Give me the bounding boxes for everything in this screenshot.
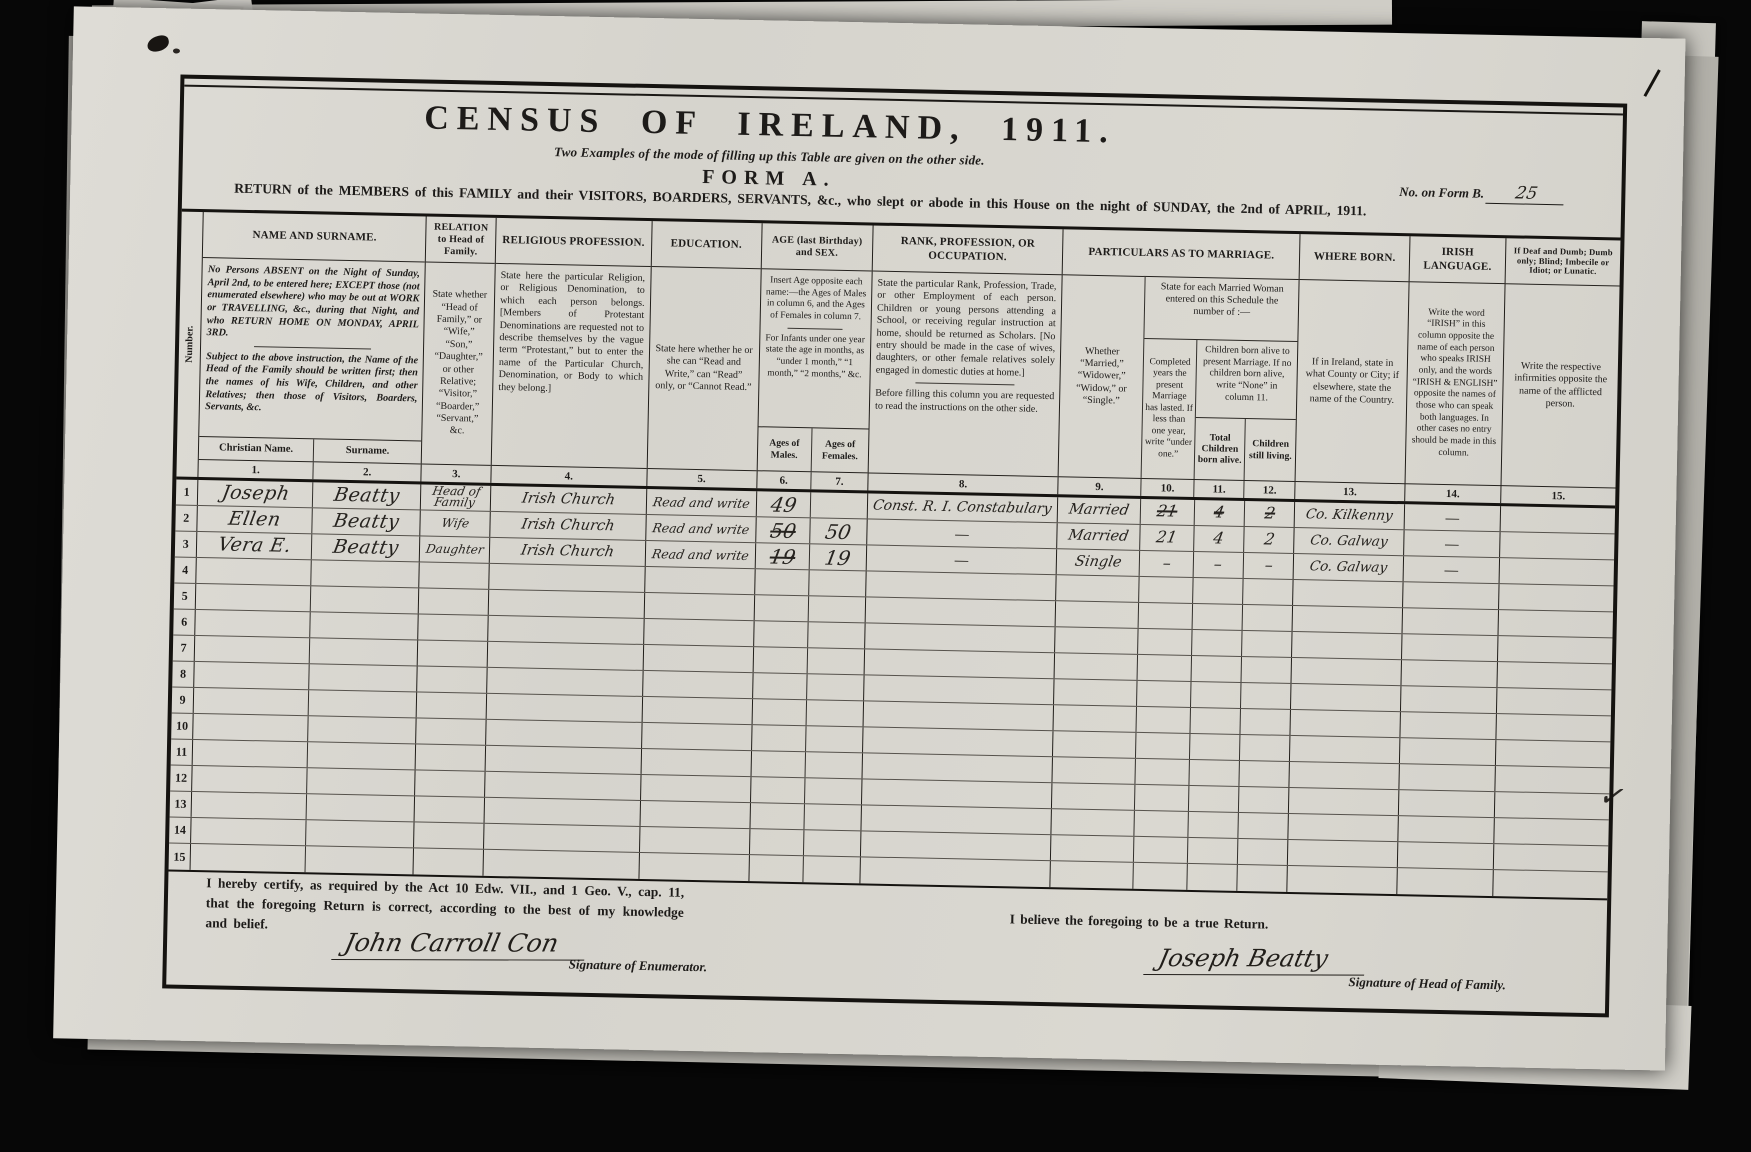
column-number: 15. [1501, 486, 1615, 505]
divider [788, 327, 843, 329]
cell-christian-name [192, 792, 308, 819]
cell-education [644, 593, 755, 620]
cell-christian-name [191, 818, 307, 845]
cell-years-married: 21 [1141, 525, 1195, 551]
cell-irish-language [1403, 582, 1500, 609]
cell-education [643, 645, 754, 672]
cell-christian-name: Ellen [198, 506, 314, 533]
cell-surname: Beatty [312, 534, 420, 561]
cell-marriage-status [1051, 809, 1135, 836]
column-title: RELIGIOUS PROFESSION. [496, 218, 651, 267]
scanned-census-page: { "document": { "title": "CENSUS OF IREL… [0, 0, 1751, 1152]
cell-education [643, 671, 754, 698]
cell-religion [487, 668, 643, 696]
cell-christian-name [196, 584, 312, 611]
column-instructions: State the particular Rank, Profession, T… [869, 271, 1062, 476]
column-irish-language: IRISH LANGUAGE. Write the word “IRISH” i… [1405, 236, 1507, 503]
cell-age-female [805, 778, 862, 804]
cell-relation [419, 614, 489, 640]
cell-where-born [1290, 736, 1400, 763]
instruction-text: State the particular Rank, Profession, T… [876, 278, 1057, 379]
cell-age-male [752, 725, 807, 751]
cell-children-born [1192, 604, 1243, 630]
instruction-text: State for each Married Woman entered on … [1145, 277, 1300, 342]
row-number: 3 [175, 532, 198, 557]
census-table: Number. NAME AND SURNAME. No Persons ABS… [168, 209, 1620, 901]
cell-rank [865, 623, 1055, 652]
cell-children-living [1241, 709, 1292, 735]
enumerator-signature-label: Signature of Enumerator. [569, 957, 708, 976]
cell-children-living [1238, 839, 1289, 865]
column-number: 7. [811, 472, 868, 490]
column-instructions: If in Ireland, state in what County or C… [1296, 280, 1408, 483]
ink-blot [146, 34, 171, 54]
cell-rank [866, 571, 1056, 600]
column-number: 6. [757, 471, 812, 489]
form-b-label: No. on Form B. [1399, 184, 1484, 201]
column-religion: RELIGIOUS PROFESSION. State here the par… [491, 218, 652, 486]
cell-christian-name: Vera E. [197, 532, 313, 559]
cell-years-married [1136, 759, 1190, 785]
sub-column-whether-married: Whether “Married,” “Widower,” “Widow,” o… [1059, 275, 1146, 478]
cell-years-married [1134, 837, 1188, 863]
column-name-surname: NAME AND SURNAME. No Persons ABSENT on t… [199, 212, 427, 481]
cell-religion [488, 642, 644, 670]
cell-children-born [1193, 578, 1244, 604]
cell-years-married [1137, 707, 1191, 733]
cell-education [644, 619, 755, 646]
column-instructions: Write the respective infirmities opposit… [1502, 284, 1620, 487]
row-number: 11 [171, 740, 194, 765]
cell-age-male: 19 [755, 543, 810, 569]
cell-age-female [807, 674, 864, 700]
cell-surname: Beatty [313, 482, 421, 509]
cell-infirmity [1498, 636, 1612, 663]
column-instructions: State whether “Head of Family,” or “Wife… [422, 263, 495, 465]
instruction-text: Before filling this column you are reque… [875, 388, 1054, 415]
cell-irish-language [1399, 790, 1496, 817]
sub-column-married-woman: State for each Married Woman entered on … [1142, 277, 1299, 481]
cell-religion [486, 720, 642, 748]
cell-where-born [1291, 684, 1401, 711]
sub-header-children-living: Children still living. [1245, 419, 1296, 481]
cell-age-female [804, 830, 861, 856]
cell-surname [307, 794, 415, 821]
cell-where-born [1291, 710, 1401, 737]
cell-marriage-status [1051, 835, 1135, 862]
cell-relation [418, 640, 488, 666]
column-instructions: State here whether he or she can “Read a… [647, 267, 760, 470]
cell-irish-language [1398, 816, 1495, 843]
sub-header-surname: Surname. [314, 439, 422, 463]
instruction-text: Write the respective infirmities opposit… [1508, 360, 1613, 412]
cell-years-married [1136, 733, 1190, 759]
row-number: 4 [174, 558, 197, 583]
cell-surname [311, 612, 419, 639]
cell-age-male [754, 621, 809, 647]
cell-age-female [808, 622, 865, 648]
column-number: 9. [1058, 477, 1141, 496]
column-number: 14. [1405, 484, 1501, 503]
cell-marriage-status [1055, 627, 1139, 654]
cell-age-male [750, 829, 805, 855]
instruction-text: For Infants under one year state the age… [765, 333, 865, 380]
sub-header-christian-name: Christian Name. [199, 437, 314, 461]
cell-infirmity [1495, 818, 1609, 845]
cell-religion: Irish Church [490, 512, 646, 540]
cell-surname: Beatty [313, 508, 421, 535]
cell-years-married [1135, 785, 1189, 811]
cell-years-married [1139, 629, 1193, 655]
column-where-born: WHERE BORN. If in Ireland, state in what… [1296, 234, 1411, 501]
cell-education: Read and write [646, 489, 757, 516]
column-title: IRISH LANGUAGE. [1409, 236, 1505, 284]
instruction-text: No Persons ABSENT on the Night of Sunday… [207, 264, 420, 339]
cell-christian-name [193, 740, 309, 767]
cell-surname [309, 716, 417, 743]
cell-children-living: – [1244, 553, 1295, 579]
divider [916, 383, 1014, 386]
cell-rank [863, 753, 1053, 782]
cell-years-married [1138, 681, 1192, 707]
cell-infirmity [1496, 766, 1610, 793]
cell-where-born [1294, 580, 1404, 607]
cell-rank: — [867, 545, 1057, 574]
cell-marriage-status [1053, 731, 1137, 758]
row-number: 5 [174, 584, 197, 609]
column-rank: RANK, PROFESSION, OR OCCUPATION. State t… [868, 226, 1063, 495]
cell-infirmity [1499, 610, 1613, 637]
cell-children-born [1188, 838, 1239, 864]
cell-relation [415, 796, 485, 822]
cell-irish-language [1401, 686, 1498, 713]
cell-infirmity [1496, 740, 1610, 767]
cell-infirmity [1500, 532, 1614, 559]
form-b-value-handwritten: 25 [1485, 183, 1567, 205]
cell-age-female [809, 596, 866, 622]
cell-children-living [1239, 787, 1290, 813]
sub-header-ages-males: Ages of Males. [757, 427, 812, 471]
cell-where-born [1292, 658, 1402, 685]
column-instructions: Insert Age opposite each name:—the Ages … [758, 269, 872, 428]
sub-header-total-children: Total Children born alive. [1195, 418, 1246, 480]
cell-irish-language: — [1404, 504, 1501, 531]
cell-relation [415, 770, 485, 796]
row-number: 2 [175, 506, 198, 531]
column-education: EDUCATION. State here whether he or she … [647, 221, 762, 488]
cell-relation: Wife [421, 510, 491, 536]
instruction-text: Completed years the present Marriage has… [1142, 355, 1196, 463]
cell-rank [862, 779, 1052, 808]
head-of-family-signature: Joseph Beatty [1143, 944, 1371, 975]
cell-children-born [1192, 630, 1243, 656]
column-title: RANK, PROFESSION, OR OCCUPATION. [873, 226, 1063, 276]
cell-education [641, 749, 752, 776]
cell-children-living: 2 [1244, 527, 1295, 553]
cell-where-born [1289, 814, 1399, 841]
cell-surname [308, 768, 416, 795]
table-body: 1 Joseph Beatty Head of Family Irish Chu… [168, 480, 1615, 901]
column-number: 4. [491, 466, 646, 486]
census-form-paper: ✓ CENSUS OF IRELAND, 1911. Two Examples … [53, 6, 1685, 1070]
cell-children-living [1243, 579, 1294, 605]
cell-surname [312, 560, 420, 587]
cell-where-born [1288, 840, 1398, 867]
cell-age-male [755, 569, 810, 595]
cell-surname [311, 586, 419, 613]
cell-education: Read and write [646, 515, 757, 542]
cell-christian-name [195, 662, 311, 689]
cell-surname [309, 690, 417, 717]
cell-rank [865, 649, 1055, 678]
column-number: 2. [313, 462, 421, 481]
row-number: 9 [172, 688, 195, 713]
cell-age-female [809, 570, 866, 596]
column-infirmity: If Deaf and Dumb; Dumb only; Blind; Imbe… [1501, 238, 1620, 505]
cell-marriage-status [1053, 757, 1137, 784]
row-number: 12 [170, 766, 193, 791]
column-title: EDUCATION. [651, 221, 761, 269]
cell-irish-language: — [1403, 556, 1500, 583]
cell-rank: — [867, 519, 1057, 548]
row-number: 7 [173, 636, 196, 661]
cell-infirmity [1498, 662, 1612, 689]
cell-age-female [806, 752, 863, 778]
cell-religion [484, 824, 640, 852]
cell-years-married: – [1140, 551, 1194, 577]
cell-surname [310, 638, 418, 665]
cell-irish-language [1402, 634, 1499, 661]
column-number: 5. [647, 469, 756, 488]
cell-christian-name [193, 714, 309, 741]
cell-religion [488, 616, 644, 644]
cell-rank [866, 597, 1056, 626]
pen-stroke [1644, 69, 1661, 97]
instruction-text: Children born alive to present Marriage.… [1196, 340, 1298, 420]
cell-irish-language [1400, 712, 1497, 739]
cell-surname [308, 742, 416, 769]
column-title: NAME AND SURNAME. [203, 212, 426, 262]
cell-surname [310, 664, 418, 691]
cell-children-born [1189, 760, 1240, 786]
cell-where-born: Co. Galway [1295, 528, 1405, 555]
cell-age-female: 19 [810, 544, 867, 570]
cell-relation: Daughter [420, 536, 490, 562]
sub-header-ages-females: Ages of Females. [811, 428, 868, 472]
cell-where-born: Co. Kilkenny [1295, 502, 1405, 529]
cell-relation: Head of Family [421, 484, 491, 510]
cell-children-living [1242, 657, 1293, 683]
cell-age-male [754, 595, 809, 621]
column-relation: RELATION to Head of Family. State whethe… [422, 217, 497, 483]
column-number: 12. [1244, 481, 1294, 499]
cell-religion [486, 746, 642, 774]
cell-education [640, 827, 751, 854]
cell-marriage-status [1056, 601, 1140, 628]
cell-marriage-status [1055, 653, 1139, 680]
cell-marriage-status [1056, 575, 1140, 602]
cell-rank [862, 805, 1052, 834]
cell-children-born [1191, 656, 1242, 682]
cell-relation [417, 666, 487, 692]
ink-speck [173, 48, 180, 53]
column-instructions: No Persons ABSENT on the Night of Sunday… [200, 258, 426, 441]
column-number: 8. [868, 473, 1057, 494]
row-number: 1 [176, 480, 199, 505]
column-title: PARTICULARS AS TO MARRIAGE. [1063, 229, 1300, 280]
cell-children-living [1242, 631, 1293, 657]
cell-relation [419, 588, 489, 614]
cell-education [642, 723, 753, 750]
row-number: 14 [169, 817, 192, 842]
cell-children-living [1241, 683, 1292, 709]
cell-marriage-status: Married [1057, 523, 1141, 550]
cell-rank [863, 727, 1053, 756]
cell-children-born: 4 [1194, 526, 1245, 552]
cell-religion [487, 694, 643, 722]
column-title: If Deaf and Dumb; Dumb only; Blind; Imbe… [1506, 238, 1621, 286]
row-number: 13 [170, 791, 193, 816]
cell-age-male [752, 699, 807, 725]
instruction-text: Whether “Married,” “Widower,” “Widow,” o… [1060, 341, 1143, 412]
cell-children-born [1191, 682, 1242, 708]
column-number: 11. [1194, 480, 1244, 498]
cell-marriage-status: Single [1057, 549, 1141, 576]
instruction-text: State here the particular Religion, or R… [498, 270, 645, 394]
cell-marriage-status [1052, 783, 1136, 810]
cell-children-born [1188, 812, 1239, 838]
cell-infirmity [1494, 844, 1608, 871]
instruction-text: If in Ireland, state in what County or C… [1303, 356, 1402, 408]
divider [254, 346, 371, 349]
cell-education [642, 697, 753, 724]
cell-education [645, 567, 756, 594]
column-title: AGE (last Birthday) and SEX. [761, 223, 872, 271]
cell-christian-name [197, 558, 313, 585]
cell-age-female [806, 726, 863, 752]
cell-irish-language [1400, 738, 1497, 765]
cell-children-living: 2 [1245, 501, 1296, 527]
column-instructions: State here the particular Religion, or R… [492, 264, 650, 468]
cell-irish-language [1401, 660, 1498, 687]
cell-christian-name: Joseph [198, 480, 314, 507]
cell-religion [485, 772, 641, 800]
cell-age-male [753, 647, 808, 673]
form-b-number: No. on Form B. 25 [1399, 181, 1566, 205]
column-number: 13. [1296, 482, 1405, 501]
cell-christian-name [194, 688, 310, 715]
column-title: WHERE BORN. [1300, 234, 1409, 282]
cell-religion: Irish Church [490, 538, 646, 566]
cell-years-married [1139, 603, 1193, 629]
column-number: 10. [1141, 479, 1194, 497]
cell-rank [864, 675, 1054, 704]
cell-children-born: 4 [1194, 500, 1245, 526]
cell-age-male: 50 [756, 517, 811, 543]
cell-marriage-status [1054, 679, 1138, 706]
cell-years-married [1135, 811, 1189, 837]
sub-column-completed-years: Completed years the present Marriage has… [1142, 339, 1198, 479]
cell-children-living [1243, 605, 1294, 631]
row-number: 10 [171, 714, 194, 739]
cell-age-female: 50 [810, 518, 867, 544]
cell-education [641, 775, 752, 802]
cell-relation [416, 744, 486, 770]
cell-age-male [750, 803, 805, 829]
cell-children-born [1190, 734, 1241, 760]
cell-relation [420, 562, 490, 588]
cell-infirmity [1497, 714, 1611, 741]
cell-children-born [1189, 786, 1240, 812]
column-number: 1. [199, 460, 314, 479]
cell-infirmity [1495, 792, 1609, 819]
cell-age-male [753, 673, 808, 699]
belief-statement: I believe the foregoing to be a true Ret… [1010, 911, 1269, 932]
cell-children-born [1190, 708, 1241, 734]
table-header: Number. NAME AND SURNAME. No Persons ABS… [176, 212, 1620, 509]
column-marriage: PARTICULARS AS TO MARRIAGE. Whether “Mar… [1058, 229, 1301, 499]
instruction-text: Write the word “IRISH” in this column op… [1411, 307, 1499, 460]
instruction-text: State whether “Head of Family,” or “Wife… [428, 289, 490, 439]
cell-age-female [807, 700, 864, 726]
cell-years-married: 21 [1141, 499, 1195, 525]
cell-years-married [1140, 577, 1194, 603]
cell-irish-language [1399, 764, 1496, 791]
cell-age-male: 49 [756, 491, 811, 517]
cell-christian-name [192, 766, 308, 793]
instruction-text: Subject to the above instruction, the Na… [205, 351, 418, 414]
cell-christian-name [196, 610, 312, 637]
cell-education: Read and write [645, 541, 756, 568]
cell-where-born [1292, 632, 1402, 659]
column-title: RELATION to Head of Family. [426, 217, 496, 264]
cell-age-female [805, 804, 862, 830]
instruction-text: Insert Age opposite each name:—the Ages … [766, 275, 866, 322]
cell-where-born [1290, 762, 1400, 789]
cell-rank [861, 831, 1051, 860]
cell-religion [485, 798, 641, 826]
cell-religion [489, 564, 645, 592]
cell-irish-language [1398, 842, 1495, 869]
cell-children-living [1240, 761, 1291, 787]
cell-rank [864, 701, 1054, 730]
cell-marriage-status [1054, 705, 1138, 732]
cell-age-female [808, 648, 865, 674]
row-number: 8 [172, 662, 195, 687]
cell-marriage-status: Married [1058, 497, 1142, 524]
cell-where-born [1293, 606, 1403, 633]
cell-age-male [751, 751, 806, 777]
cell-where-born: Co. Galway [1294, 554, 1404, 581]
sub-column-children: Children born alive to present Marriage.… [1195, 340, 1298, 481]
column-instructions: Write the word “IRISH” in this column op… [1405, 282, 1504, 485]
column-number: 3. [422, 464, 491, 482]
cell-age-female [811, 492, 868, 518]
head-signature-label: Signature of Head of Family. [1348, 974, 1506, 993]
form-border: CENSUS OF IRELAND, 1911. Two Examples of… [162, 75, 1627, 1018]
row-number: 6 [173, 610, 196, 635]
cell-relation [414, 822, 484, 848]
cell-children-living [1238, 813, 1289, 839]
cell-infirmity [1499, 584, 1613, 611]
cell-infirmity [1497, 688, 1611, 715]
cell-surname [306, 820, 414, 847]
cell-religion [489, 590, 645, 618]
cell-relation [417, 692, 487, 718]
enumerator-signature: John Carroll Con [331, 928, 591, 961]
cell-years-married [1138, 655, 1192, 681]
cell-relation [416, 718, 486, 744]
